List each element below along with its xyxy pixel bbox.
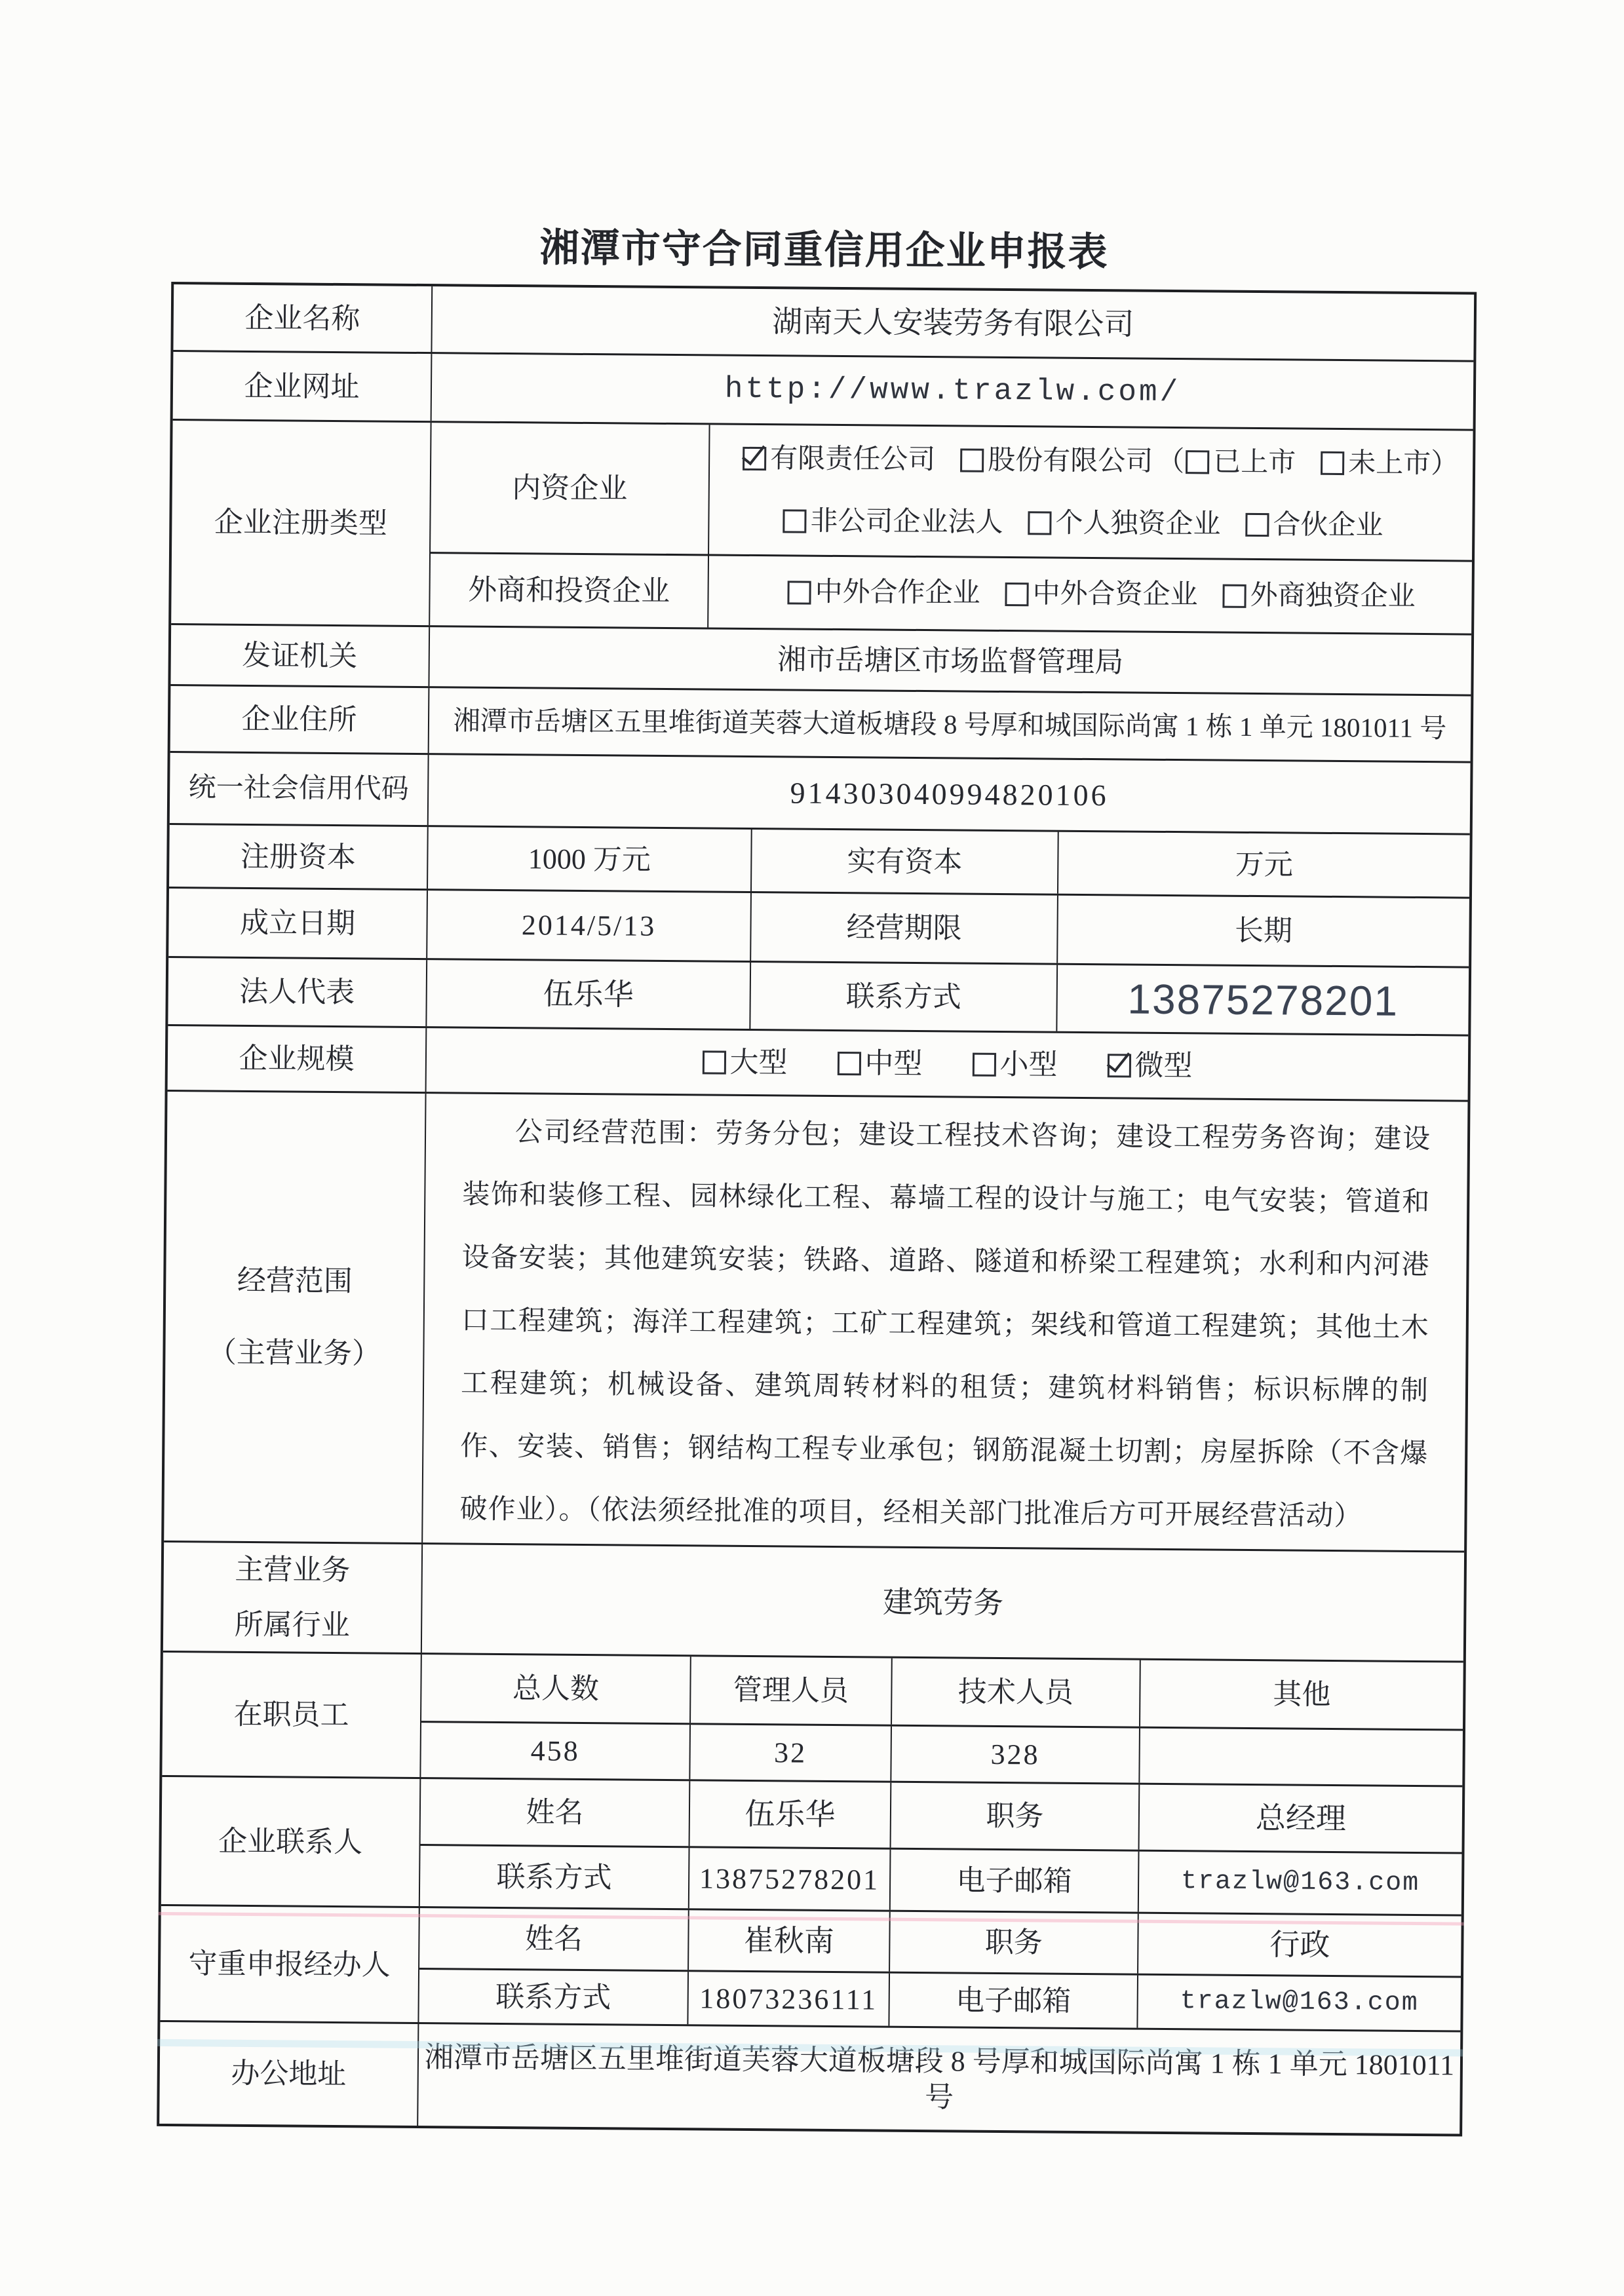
row-legal-representative: 法人代表 伍乐华 联系方式 13875278201 [168,958,1469,1037]
business-scope-value: 公司经营范围：劳务分包；建设工程技术咨询；建设工程劳务咨询；建设装饰和装修工程、… [459,1101,1431,1549]
row-office-address: 办公地址 湘潭市岳塘区五里堆街道芙蓉大道板塘段 8 号厚和城国际尚寓 1 栋 1… [159,2022,1460,2134]
business-scope-label-line1: 经营范围 [208,1244,381,1318]
staff-label: 在职员工 [162,1653,421,1777]
contact-phone-label: 联系方式 [420,1846,690,1908]
option-joint-stock-company: 股份有限公司 [960,443,1153,479]
legal-representative-label: 法人代表 [168,958,427,1026]
checkbox-unchecked-icon [787,581,811,604]
paid-in-capital-value: 万元 [1058,832,1470,897]
enterprise-scale-options: 大型 中型 小型 微型 [427,1028,1469,1100]
form-sheet: 湘潭市守合同重信用企业申报表 企业名称 湖南天人安装劳务有限公司 企业网址 ht… [157,221,1477,2137]
option-sino-foreign-joint-venture: 中外合资企业 [1005,577,1197,613]
business-term-value: 长期 [1058,896,1469,966]
company-address-value: 湘潭市岳塘区五里堆街道芙蓉大道板塘段 8 号厚和城国际尚寓 1 栋 1 单元 1… [429,688,1471,761]
business-term-label: 经营期限 [751,893,1058,963]
agent-phone-value: 18073236111 [688,1972,890,2025]
checkbox-checked-icon [1107,1054,1131,1077]
industry-value: 建筑劳务 [422,1544,1464,1660]
row-group-contact: 企业联系人 姓名 伍乐华 职务 总经理 联系方式 13875278201 电子邮… [161,1777,1462,1917]
company-name-value: 湖南天人安装劳务有限公司 [432,286,1474,360]
contact-email-value: trazlw@163.com [1139,1852,1462,1915]
business-scope-cell: 公司经营范围：劳务分包；建设工程技术咨询；建设工程劳务咨询；建设装饰和装修工程、… [423,1094,1467,1550]
staff-header-other: 其他 [1140,1660,1463,1729]
staff-header-technical: 技术人员 [892,1658,1141,1727]
contact-phone-row: 联系方式 13875278201 电子邮箱 trazlw@163.com [420,1846,1462,1914]
registration-type-label: 企业注册类型 [171,421,431,625]
enterprise-scale-label: 企业规模 [168,1026,427,1092]
scanned-form-page: { "document": { "title": "湘潭市守合同重信用企业申报表… [0,0,1624,2296]
founding-date-label: 成立日期 [168,889,428,958]
checkbox-unchecked-icon [1245,513,1269,537]
agent-name-label: 姓名 [419,1908,689,1970]
registered-capital-value: 1000 万元 [428,827,752,891]
agent-phone-row: 联系方式 18073236111 电子邮箱 trazlw@163.com [419,1970,1461,2030]
option-label: 合伙企业 [1273,508,1383,543]
option-listed: 已上市 [1186,445,1296,480]
agent-email-value: trazlw@163.com [1138,1976,1461,2031]
staff-technical-value: 328 [891,1727,1140,1783]
paren-close: ） [1431,447,1458,482]
row-capital: 注册资本 1000 万元 实有资本 万元 [169,825,1470,899]
legal-rep-phone-value: 13875278201 [1057,965,1469,1035]
contact-title-label: 职务 [891,1783,1140,1850]
checkbox-unchecked-icon [702,1050,725,1074]
option-label: 有限责任公司 [770,442,935,477]
staff-values-row: 458 32 328 [421,1723,1463,1785]
registered-capital-label: 注册资本 [169,825,429,889]
option-small: 小型 [972,1046,1057,1083]
checkbox-unchecked-icon [837,1052,860,1075]
staff-total-value: 458 [421,1723,691,1779]
option-unlisted: 未上市 [1321,446,1431,482]
checkbox-unchecked-icon [960,449,984,472]
option-partnership: 合伙企业 [1245,507,1383,543]
founding-date-value: 2014/5/13 [427,890,752,961]
website-label: 企业网址 [173,352,433,421]
row-founded: 成立日期 2014/5/13 经营期限 长期 [168,889,1469,968]
option-label: 个人独资企业 [1055,506,1220,541]
option-sino-foreign-cooperative: 中外合作企业 [787,575,980,611]
contact-title-value: 总经理 [1140,1785,1463,1852]
option-label: 微型 [1134,1048,1192,1084]
option-label: 大型 [729,1044,787,1081]
page-title: 湘潭市守合同重信用企业申报表 [171,221,1477,279]
staff-header-management: 管理人员 [691,1656,893,1724]
office-address-label: 办公地址 [159,2022,419,2126]
option-limited-liability-company: 有限责任公司 [743,442,935,478]
checkbox-unchecked-icon [1186,450,1209,474]
paren-open: （ [1157,445,1184,480]
legal-rep-phone-label: 联系方式 [750,963,1058,1031]
option-label: 中外合作企业 [815,575,980,611]
checkbox-unchecked-icon [1321,451,1344,475]
row-industry: 主营业务 所属行业 建筑劳务 [163,1542,1464,1663]
row-credit-code: 统一社会信用代码 914303040994820106 [170,753,1471,835]
option-sole-proprietorship: 个人独资企业 [1028,506,1220,542]
industry-label: 主营业务 所属行业 [163,1542,423,1653]
domestic-enterprise-label: 内资企业 [431,423,710,554]
row-group-staff: 在职员工 总人数 管理人员 技术人员 其他 458 32 328 [162,1653,1463,1788]
contact-email-label: 电子邮箱 [891,1850,1140,1912]
option-non-company-legal-person: 非公司企业法人 [783,504,1003,540]
agent-email-label: 电子邮箱 [889,1974,1138,2028]
declaration-table: 企业名称 湖南天人安装劳务有限公司 企业网址 http://www.trazlw… [157,282,1477,2137]
credit-code-value: 914303040994820106 [429,755,1471,833]
option-label: 未上市 [1348,446,1431,481]
contact-name-row: 姓名 伍乐华 职务 总经理 [421,1779,1463,1854]
option-large: 大型 [702,1044,787,1081]
issuing-authority-value: 湘市岳塘区市场监督管理局 [429,627,1471,694]
contact-name-value: 伍乐华 [690,1781,892,1847]
option-label: 已上市 [1213,445,1296,480]
agent-phone-label: 联系方式 [419,1970,689,2024]
row-enterprise-scale: 企业规模 大型 中型 小型 微型 [168,1026,1469,1102]
foreign-enterprise-label: 外商和投资企业 [430,554,709,627]
option-label: 外商独资企业 [1250,579,1415,614]
option-label: 股份有限公司 [988,444,1153,479]
issuing-authority-label: 发证机关 [170,625,430,686]
company-address-label: 企业住所 [170,686,430,753]
staff-header-row: 总人数 管理人员 技术人员 其他 [421,1655,1463,1731]
agent-title-value: 行政 [1138,1914,1461,1976]
business-scope-label: 经营范围 （主营业务） [164,1092,426,1542]
paid-in-capital-label: 实有资本 [752,830,1059,894]
staff-management-value: 32 [690,1725,892,1780]
contact-name-label: 姓名 [421,1779,691,1846]
option-micro: 微型 [1107,1047,1192,1084]
company-name-label: 企业名称 [173,284,433,352]
agent-name-row: 姓名 崔秋南 职务 行政 [419,1908,1461,1978]
domestic-options-line2: 非公司企业法人 个人独资企业 合伙企业 [783,504,1383,543]
contact-phone-value: 13875278201 [689,1848,891,1909]
row-website: 企业网址 http://www.trazlw.com/ [173,352,1474,431]
checkbox-checked-icon [743,447,766,470]
row-issuing-authority: 发证机关 湘市岳塘区市场监督管理局 [170,625,1471,697]
industry-label-line1: 主营业务 [235,1542,351,1598]
staff-header-total: 总人数 [421,1655,691,1723]
domestic-enterprise-options: 有限责任公司 股份有限公司 （ 已上市 未上市 ） 非公司企业法人 个人独资企业… [709,425,1473,560]
row-business-scope: 经营范围 （主营业务） 公司经营范围：劳务分包；建设工程技术咨询；建设工程劳务咨… [164,1092,1467,1553]
option-label: 非公司企业法人 [810,504,1003,540]
checkbox-unchecked-icon [972,1052,996,1076]
option-label: 小型 [999,1046,1057,1083]
credit-code-label: 统一社会信用代码 [170,753,429,825]
checkbox-unchecked-icon [1028,511,1051,535]
agent-name-value: 崔秋南 [689,1910,891,1971]
foreign-options-line: 中外合作企业 中外合资企业 外商独资企业 [787,575,1415,615]
domestic-options-line1: 有限责任公司 股份有限公司 （ 已上市 未上市 ） [743,442,1460,482]
agent-label: 守重申报经办人 [160,1906,419,2022]
option-wholly-foreign-owned: 外商独资企业 [1222,579,1415,615]
row-company-address: 企业住所 湘潭市岳塘区五里堆街道芙蓉大道板塘段 8 号厚和城国际尚寓 1 栋 1… [170,686,1471,763]
row-group-agent: 守重申报经办人 姓名 崔秋南 职务 行政 联系方式 18073236111 电子… [160,1906,1461,2033]
checkbox-unchecked-icon [783,509,806,533]
agent-title-label: 职务 [890,1912,1139,1974]
option-medium: 中型 [837,1045,922,1082]
staff-other-value [1140,1729,1463,1786]
row-company-name: 企业名称 湖南天人安装劳务有限公司 [173,284,1474,362]
foreign-enterprise-options: 中外合作企业 中外合资企业 外商独资企业 [708,556,1472,633]
row-foreign-enterprise: 外商和投资企业 中外合作企业 中外合资企业 外商独资企业 [430,554,1472,633]
office-address-value: 湘潭市岳塘区五里堆街道芙蓉大道板塘段 8 号厚和城国际尚寓 1 栋 1 单元 1… [418,2024,1460,2133]
option-label: 中型 [864,1045,922,1082]
checkbox-unchecked-icon [1005,583,1028,606]
option-label: 中外合资企业 [1032,577,1197,613]
row-group-registration-type: 企业注册类型 内资企业 有限责任公司 股份有限公司 （ 已上市 未上市 ） [171,421,1473,636]
business-scope-label-line2: （主营业务） [208,1316,381,1390]
industry-label-line2: 所属行业 [234,1597,350,1653]
checkbox-unchecked-icon [1222,584,1246,607]
contact-label: 企业联系人 [161,1777,421,1906]
legal-representative-value: 伍乐华 [427,960,751,1029]
website-value: http://www.trazlw.com/ [432,354,1474,429]
row-domestic-enterprise: 内资企业 有限责任公司 股份有限公司 （ 已上市 未上市 ） 非公司企业法人 [431,423,1473,562]
